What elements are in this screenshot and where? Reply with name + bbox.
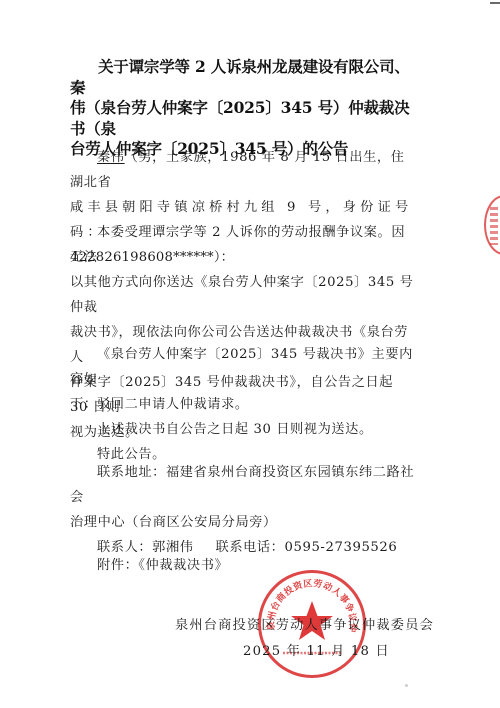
issuing-organization: 泉州台商投资区劳动人事争议仲裁委员会 [175,614,434,633]
ruling-text: 驳回二申请人仲裁请求。 [70,392,415,417]
content-intro-line-1: 《泉台劳人仲案字〔2025〕345 号裁决书》主要内容如 [70,342,415,392]
address-label: 联系地址： [97,465,166,480]
attachment-label: 附件： [97,558,138,573]
contact-block: 联系地址：福建省泉州台商投资区东园镇东纬二路社会 治理中心（台商区公安局分局旁）… [70,460,415,560]
notice-line-2: 以其他方式向你送达《泉台劳人仲案字〔2025〕345 号仲裁 [70,270,415,320]
scan-edge-mark [490,2,500,4]
addressee-line-1: 秦伟（男，土家族，1986 年 8 月 15 日出生，住湖北省 [70,145,415,195]
issue-date: 2025 年 11 月 18 日 [243,640,390,659]
scan-speck [405,684,408,687]
addressee-name: 秦伟 [97,150,125,165]
contact-address-line-1: 联系地址：福建省泉州台商投资区东园镇东纬二路社会 [70,460,415,510]
edge-seal-text-icon [490,207,498,245]
title-line-1: 关于谭宗学等 2 人诉泉州龙晟建设有限公司、秦 [70,57,415,98]
service-effect-text: 上述裁决书自公告之日起 30 日则视为送达。 [70,417,415,442]
edge-seal-fragment [484,195,500,255]
notice-line-1: 本委受理谭宗学等 2 人诉你的劳动报酬争议案。因无法 [70,220,415,270]
attachment-line: 附件：《仲裁裁决书》 [70,553,415,578]
title-line-2: 伟（泉台劳人仲案字〔2025〕345 号）仲裁裁决书（泉 [70,98,415,139]
title-text-1: 关于谭宗学等 2 人诉泉州龙晟建设有限公司、秦 [70,57,410,97]
attachment-block: 附件：《仲裁裁决书》 [70,553,415,578]
ruling-block: 驳回二申请人仲裁请求。 上述裁决书自公告之日起 30 日则视为送达。 特此公告。 [70,392,415,467]
attachment-value: 《仲裁裁决书》 [138,558,228,573]
contact-address-line-2: 治理中心（台商区公安局分局旁） [70,510,415,535]
